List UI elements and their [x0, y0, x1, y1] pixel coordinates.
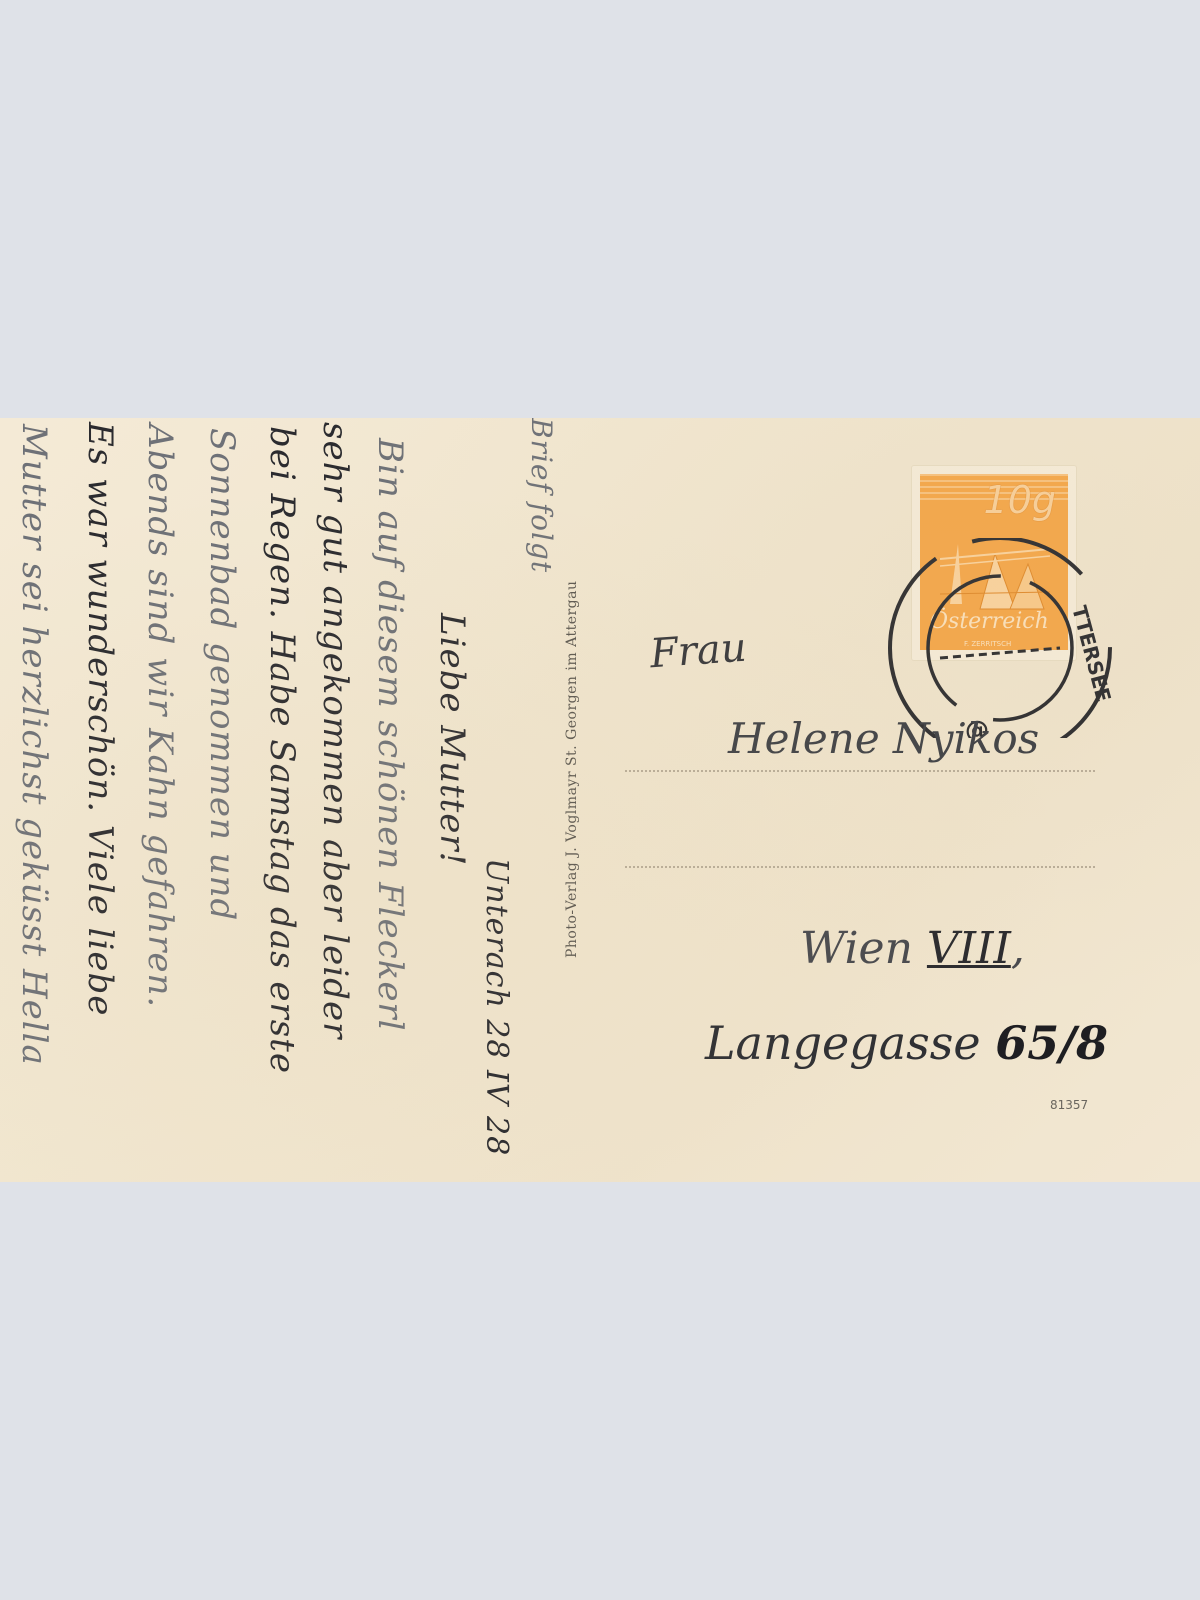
address-dotted-line [625, 866, 1095, 868]
address-dotted-line [625, 770, 1095, 772]
stamp-value: 10g [984, 478, 1056, 522]
handwritten-message: Brief folgt Unterach 28 IV 28 Liebe Mutt… [0, 418, 560, 1182]
address-number: 65/8 [995, 1016, 1108, 1070]
stamp-engraver: F. ZERRITSCH [964, 640, 1011, 648]
message-line-note: Brief folgt [525, 418, 558, 573]
postage-stamp: 10g Österreich F. ZERRITSCH [912, 466, 1076, 660]
message-line-5: bei Regen. Habe Samstag das erste [262, 426, 302, 1074]
publisher-imprint: Photo-Verlag J. Voglmayr St. Georgen im … [564, 580, 580, 958]
message-line-6: Sonnenbad genommen und [202, 428, 242, 921]
message-line-4: sehr gut angekommen aber leider [315, 422, 355, 1039]
postcard-back: Brief folgt Unterach 28 IV 28 Liebe Mutt… [0, 418, 1200, 1182]
message-line-7: Abends sind wir Kahn gefahren. [140, 424, 180, 1008]
publisher-imprint-wrap: Photo-Verlag J. Voglmayr St. Georgen im … [564, 538, 584, 958]
card-number: 81357 [1050, 1098, 1088, 1112]
stamp-country: Österreich [930, 609, 1049, 634]
message-line-9: Mutter sei herzlichst geküsst Hella [14, 424, 54, 1066]
address-street-line: Langegasse 65/8 [705, 1016, 1108, 1070]
stamp-design: 10g Österreich F. ZERRITSCH [920, 474, 1068, 650]
message-line-8: Es war wunderschön. Viele liebe [80, 422, 120, 1016]
recipient-name: Helene Nyikos [728, 714, 1039, 763]
address-city: Wien [800, 923, 913, 974]
message-line-greeting: Liebe Mutter! [432, 613, 472, 866]
address-city-line: Wien VIII, [800, 923, 1025, 974]
address-district: VIII [927, 923, 1011, 974]
stamp-harvest-illustration [940, 534, 1050, 614]
message-line-place-date: Unterach 28 IV 28 [479, 858, 514, 1156]
address-street: Langegasse [705, 1016, 981, 1070]
message-line-3: Bin auf diesem schönen Fleckerl [370, 438, 410, 1032]
address-salutation: Frau [649, 625, 748, 678]
